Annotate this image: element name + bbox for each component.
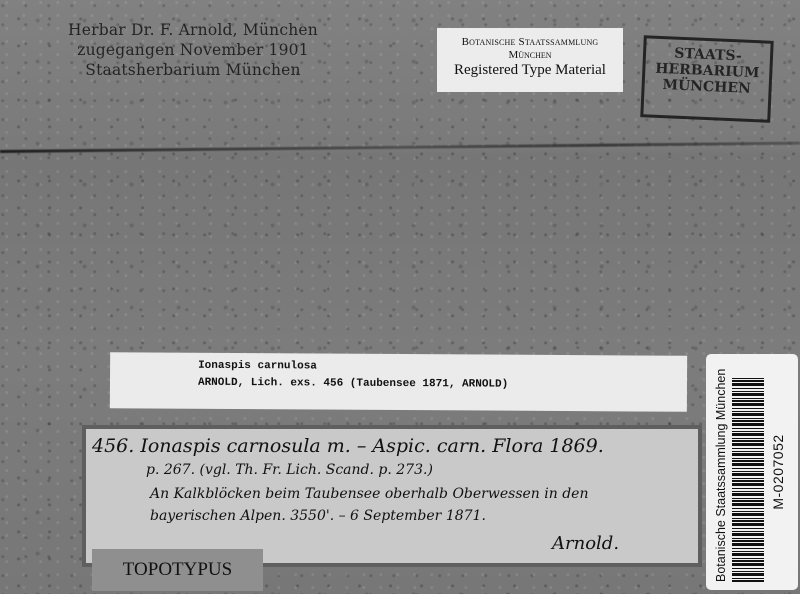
registered-type-material-label: Botanische Staatssammlung München Regist… <box>437 28 623 92</box>
barcode-icon <box>732 376 764 582</box>
registered-label-institution: Botanische Staatssammlung <box>437 36 623 48</box>
staatsherbarium-box-stamp: STAATS- HERBARIUM MÜNCHEN <box>640 35 773 123</box>
collector-signature: Arnold. <box>552 533 619 554</box>
handwritten-line-4: bayerischen Alpen. 3550'. – 6 September … <box>150 508 486 524</box>
barcode-number: M-0207052 <box>770 356 786 588</box>
accession-stamp-line-3: Staatsherbarium München <box>48 60 338 80</box>
handwritten-line-3: An Kalkblöcken beim Taubensee oberhalb O… <box>150 486 588 502</box>
herbarium-accession-stamp: Herbar Dr. F. Arnold, München zugegangen… <box>48 20 338 80</box>
topotypus-label: TOPOTYPUS <box>92 549 263 591</box>
accession-stamp-line-2: zugegangen November 1901 <box>48 40 338 60</box>
handwritten-line-2: p. 267. (vgl. Th. Fr. Lich. Scand. p. 27… <box>146 462 433 478</box>
barcode-label-content: Botanische Staatssammlung München M-0207… <box>708 356 796 588</box>
barcode-institution: Botanische Staatssammlung München <box>714 362 728 582</box>
typed-determination-label: Ionaspis carnulosa ARNOLD, Lich. exs. 45… <box>110 352 687 412</box>
registered-label-status: Registered Type Material <box>437 62 623 79</box>
barcode-label: Botanische Staatssammlung München M-0207… <box>706 354 798 590</box>
accession-stamp-line-1: Herbar Dr. F. Arnold, München <box>48 20 338 40</box>
typed-label-citation: ARNOLD, Lich. exs. 456 (Taubensee 1871, … <box>198 377 508 391</box>
registered-label-city: München <box>437 49 623 61</box>
handwritten-line-1: 456. Ionaspis carnosula m. – Aspic. carn… <box>92 435 604 457</box>
typed-label-taxon: Ionaspis carnulosa <box>198 360 317 373</box>
handwritten-exsiccata-label: 456. Ionaspis carnosula m. – Aspic. carn… <box>86 429 698 563</box>
